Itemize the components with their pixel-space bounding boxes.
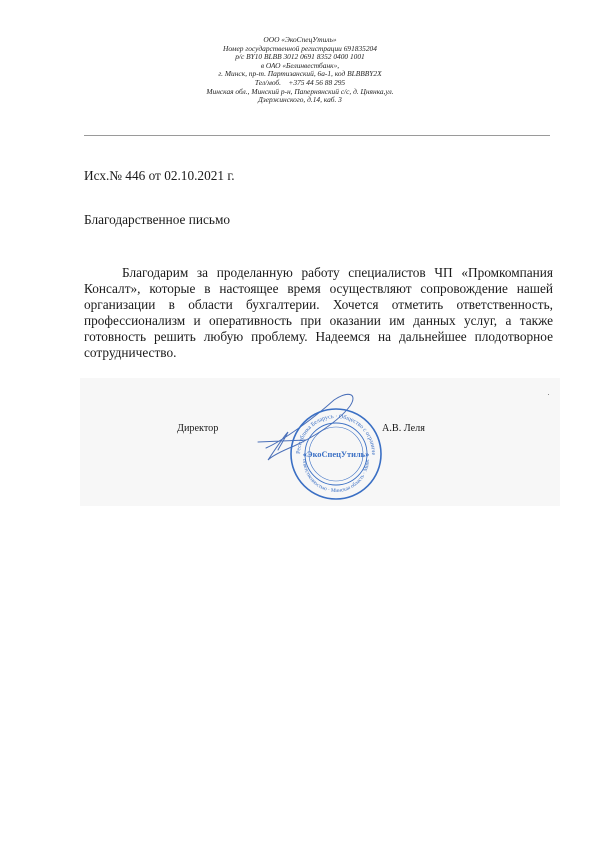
- outgoing-reference: Исх.№ 446 от 02.10.2021 г.: [84, 168, 235, 184]
- letter-body: Благодарим за проделанную работу специал…: [84, 265, 553, 362]
- svg-text:Республика Беларусь · Общество: Республика Беларусь · Общество с огранич…: [289, 407, 376, 455]
- header-divider: [84, 135, 550, 136]
- company-stamp-icon: Республика Беларусь · Общество с огранич…: [289, 407, 383, 501]
- signatory-name: А.В. Леля: [382, 423, 425, 434]
- scan-speck: [548, 394, 549, 395]
- signatory-title: Директор: [177, 423, 218, 434]
- letter-subject: Благодарственное письмо: [84, 212, 230, 228]
- letterhead: ООО «ЭкоСпецУтиль» Номер государственной…: [150, 36, 450, 105]
- address-line-2: Дзержинского, д.14, каб. 3: [150, 96, 450, 105]
- svg-text:«ЭкоСпецУтиль»: «ЭкоСпецУтиль»: [303, 450, 370, 459]
